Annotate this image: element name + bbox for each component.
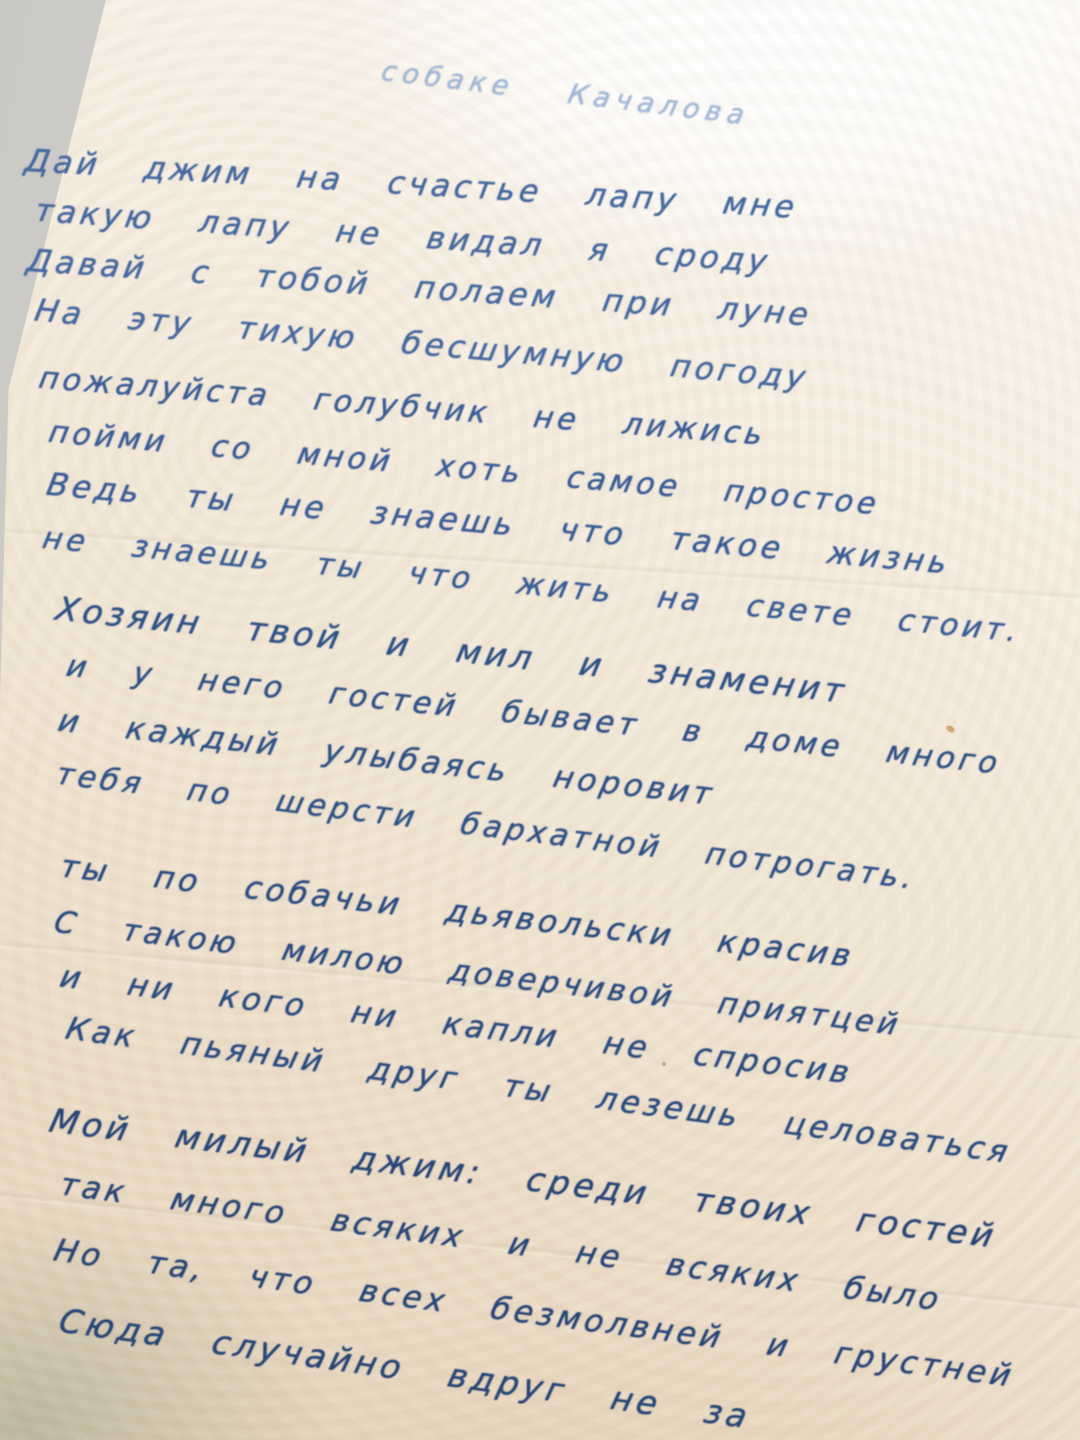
- manuscript-photo: собаке Качалова Дай джим на счастье лапу…: [0, 0, 1080, 1440]
